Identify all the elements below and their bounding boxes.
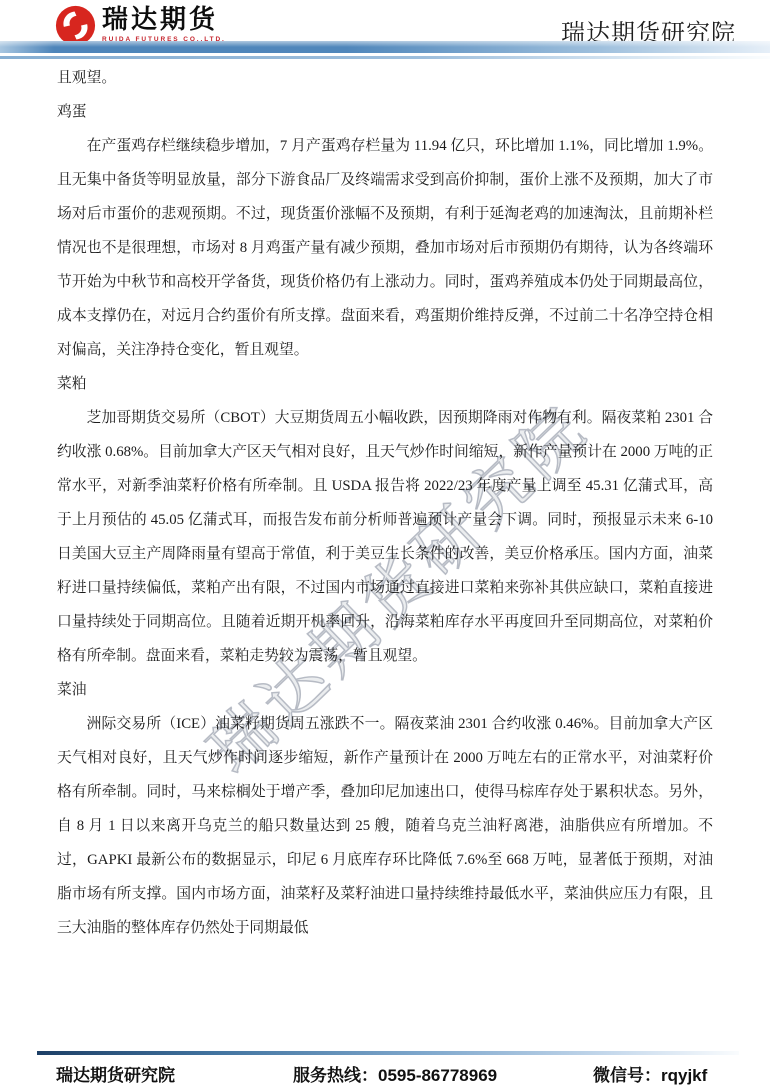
section-heading-egg: 鸡蛋 <box>57 95 713 129</box>
report-body: 且观望。 鸡蛋 在产蛋鸡存栏继续稳步增加，7 月产蛋鸡存栏量为 11.94 亿只… <box>57 61 713 1026</box>
header-rule-thin <box>0 56 770 59</box>
section-paragraph-egg: 在产蛋鸡存栏继续稳步增加，7 月产蛋鸡存栏量为 11.94 亿只，环比增加 1.… <box>57 129 713 367</box>
section-paragraph-rapeseed-oil: 洲际交易所（ICE）油菜籽期货周五涨跌不一。隔夜菜油 2301 合约收涨 0.4… <box>57 707 713 945</box>
report-page: 瑞达期货 RUIDA FUTURES CO.,LTD. 瑞达期货研究院 瑞达期货… <box>0 0 770 1089</box>
brand-logo: 瑞达期货 RUIDA FUTURES CO.,LTD. <box>55 5 226 46</box>
brand-text: 瑞达期货 RUIDA FUTURES CO.,LTD. <box>102 5 226 43</box>
footer-hotline: 服务热线：0595-86778969 <box>293 1061 497 1086</box>
footer-wechat-label: 微信号： <box>593 1066 661 1085</box>
footer-rule <box>37 1051 739 1055</box>
footer-hotline-number: 0595-86778969 <box>378 1066 497 1085</box>
footer-institute: 瑞达期货研究院 <box>56 1061 175 1086</box>
section-heading-rapeseed-oil: 菜油 <box>57 673 713 707</box>
footer-hotline-label: 服务热线： <box>293 1066 378 1085</box>
footer-wechat: 微信号：rqyjkf <box>593 1061 707 1086</box>
paragraph-continuation: 且观望。 <box>57 61 713 95</box>
footer-wechat-id: rqyjkf <box>661 1066 707 1085</box>
brand-swirl-icon <box>55 5 96 46</box>
section-paragraph-rapeseed-meal: 芝加哥期货交易所（CBOT）大豆期货周五小幅收跌，因预期降雨对作物有利。隔夜菜粕… <box>57 401 713 673</box>
section-heading-rapeseed-meal: 菜粕 <box>57 367 713 401</box>
header-rule-main <box>0 41 770 53</box>
brand-name: 瑞达期货 <box>102 5 226 34</box>
